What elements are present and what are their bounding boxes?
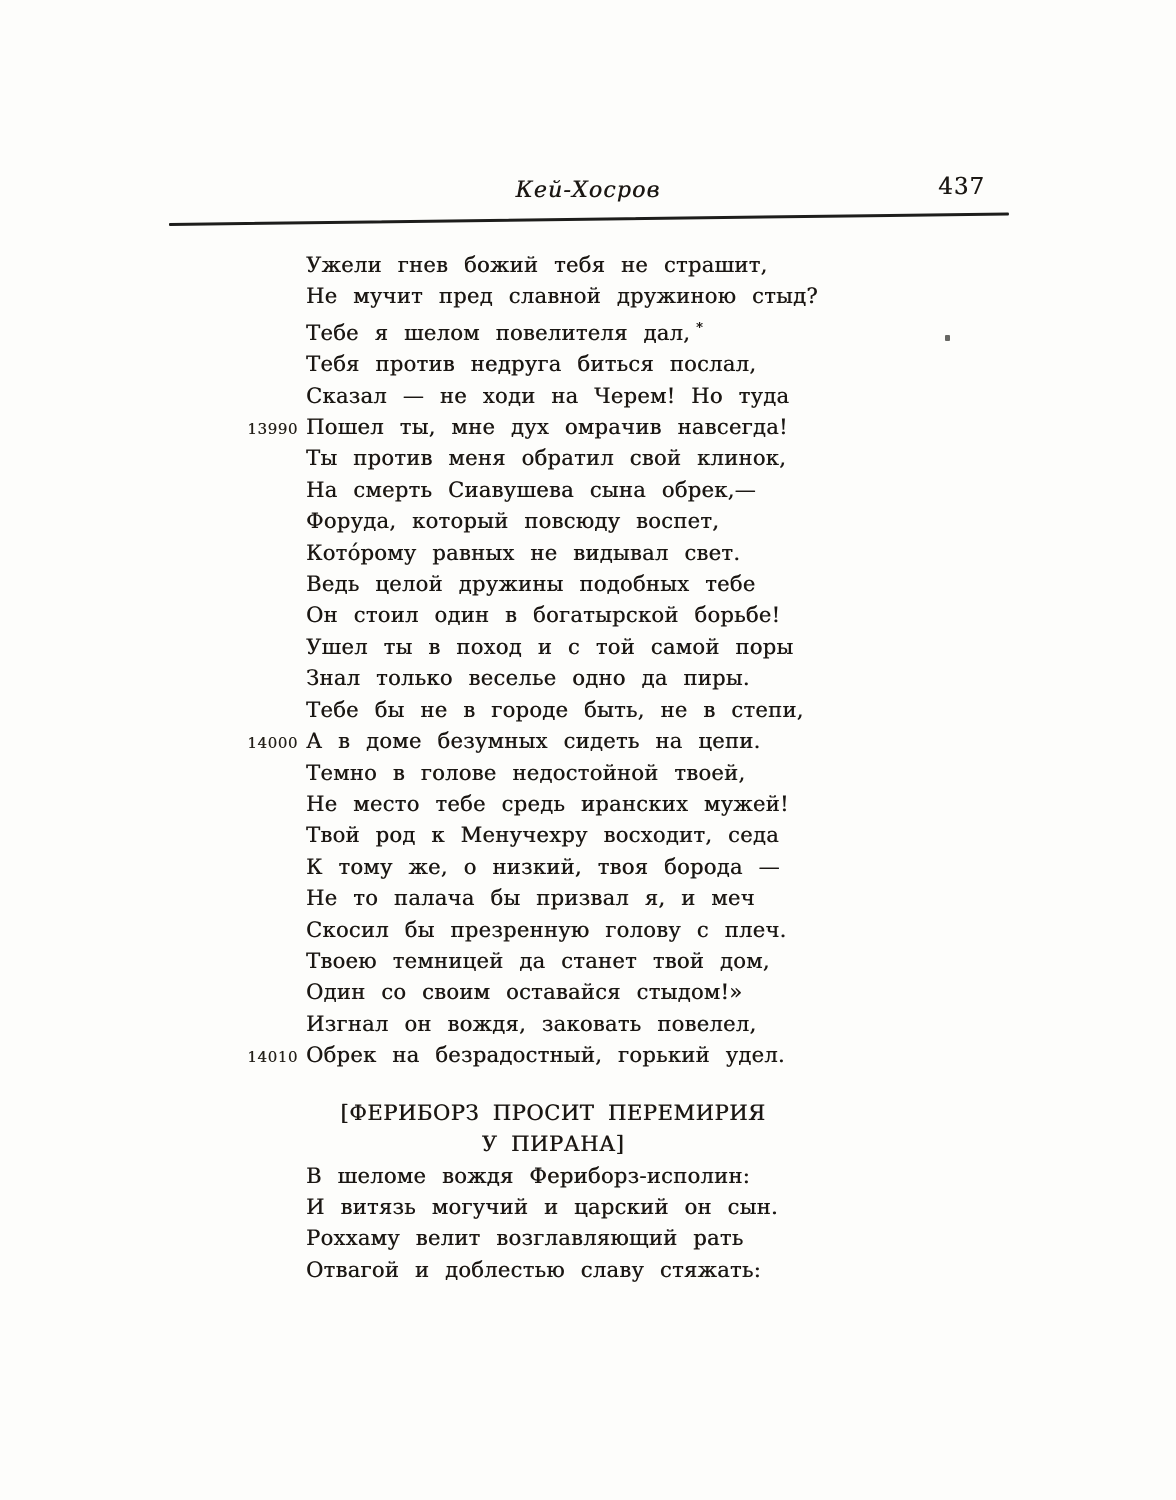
verse-line-text: И витязь могучий и царский он сын. bbox=[306, 1192, 778, 1223]
verse-line-text: Тебя против недруга биться послал, bbox=[306, 349, 756, 380]
text-column: Ужели гнев божий тебя не страшит,Не мучи… bbox=[240, 250, 900, 1286]
running-head: Кей-Хосров bbox=[0, 178, 1176, 203]
verse-line-text: Не то палача бы призвал я, и меч bbox=[306, 883, 755, 914]
verse-line-text: Кото́рому равных не видывал свет. bbox=[306, 538, 740, 569]
section-heading: [ФЕРИБОРЗ ПРОСИТ ПЕРЕМИРИЯ У ПИРАНА] bbox=[306, 1098, 800, 1161]
verse-line-text: Темно в голове недостойной твоей, bbox=[306, 758, 745, 789]
verse-line: Не мучит пред славной дружиною стыд? bbox=[240, 281, 900, 312]
verse-line: Темно в голове недостойной твоей, bbox=[240, 758, 900, 789]
verse-line: Кото́рому равных не видывал свет. bbox=[240, 538, 900, 569]
poem-after-heading: В шеломе вождя Фериборз-исполин:И витязь… bbox=[240, 1161, 900, 1287]
verse-line: Один со своим оставайся стыдом!» bbox=[240, 977, 900, 1008]
verse-line-text: Тебе бы не в городе быть, не в степи, bbox=[306, 695, 804, 726]
verse-line-text: В шеломе вождя Фериборз-исполин: bbox=[306, 1161, 750, 1192]
verse-line: Твоею темницей да станет твой дом, bbox=[240, 946, 900, 977]
verse-line-text: Твой род к Менучехру восходит, седа bbox=[306, 820, 779, 851]
verse-line: Ты против меня обратил свой клинок, bbox=[240, 443, 900, 474]
verse-line-text: На смерть Сиавушева сына обрек,— bbox=[306, 475, 756, 506]
verse-line-text: Твоею темницей да станет твой дом, bbox=[306, 946, 770, 977]
verse-line: 14010Обрек на безрадостный, горький удел… bbox=[240, 1040, 900, 1071]
verse-line-text: Ушел ты в поход и с той самой поры bbox=[306, 632, 793, 663]
verse-line: К тому же, о низкий, твоя борода — bbox=[240, 852, 900, 883]
verse-line: Ужели гнев божий тебя не страшит, bbox=[240, 250, 900, 281]
page-number: 437 bbox=[938, 174, 985, 200]
verse-line-text: Не мучит пред славной дружиною стыд? bbox=[306, 281, 818, 312]
verse-line-text: Знал только веселье одно да пиры. bbox=[306, 663, 750, 694]
verse-line-text: Изгнал он вождя, заковать повелел, bbox=[306, 1009, 756, 1040]
verse-line: Ведь целой дружины подобных тебе bbox=[240, 569, 900, 600]
section-heading-line-1: [ФЕРИБОРЗ ПРОСИТ ПЕРЕМИРИЯ bbox=[306, 1098, 800, 1130]
verse-line: На смерть Сиавушева сына обрек,— bbox=[240, 475, 900, 506]
running-title: Кей-Хосров bbox=[515, 178, 660, 203]
verse-line: Тебе бы не в городе быть, не в степи, bbox=[240, 695, 900, 726]
verse-line-text: Он стоил один в богатырской борьбе! bbox=[306, 600, 780, 631]
header-rule bbox=[169, 212, 1009, 225]
verse-line: Тебя против недруга биться послал, bbox=[240, 349, 900, 380]
verse-line: Изгнал он вождя, заковать повелел, bbox=[240, 1009, 900, 1040]
footnote-marker: * bbox=[696, 321, 703, 336]
verse-line-text: Пошел ты, мне дух омрачив навсегда! bbox=[306, 412, 788, 443]
verse-line: Форуда, который повсюду воспет, bbox=[240, 506, 900, 537]
verse-line: В шеломе вождя Фериборз-исполин: bbox=[240, 1161, 900, 1192]
verse-line-text: К тому же, о низкий, твоя борода — bbox=[306, 852, 780, 883]
verse-line-number: 13990 bbox=[240, 420, 306, 438]
verse-line: Не место тебе средь иранских мужей! bbox=[240, 789, 900, 820]
book-page: Кей-Хосров 437 Ужели гнев божий тебя не … bbox=[0, 0, 1176, 1500]
verse-line-text: Роххаму велит возглавляющий рать bbox=[306, 1223, 743, 1254]
verse-line-text: Сказал — не ходи на Черем! Но туда bbox=[306, 381, 789, 412]
verse-line: Знал только веселье одно да пиры. bbox=[240, 663, 900, 694]
verse-line-text: Обрек на безрадостный, горький удел. bbox=[306, 1040, 785, 1071]
verse-line-text: А в доме безумных сидеть на цепи. bbox=[306, 726, 760, 757]
verse-line-text: Тебе я шелом повелителя дал,* bbox=[306, 313, 703, 349]
verse-line-text: Ужели гнев божий тебя не страшит, bbox=[306, 250, 768, 281]
verse-line: Роххаму велит возглавляющий рать bbox=[240, 1223, 900, 1254]
verse-line: И витязь могучий и царский он сын. bbox=[240, 1192, 900, 1223]
verse-line-text: Скосил бы презренную голову с плеч. bbox=[306, 915, 787, 946]
verse-line-text: Ты против меня обратил свой клинок, bbox=[306, 443, 786, 474]
verse-line: Отвагой и доблестью славу стяжать: bbox=[240, 1255, 900, 1286]
verse-line: Ушел ты в поход и с той самой поры bbox=[240, 632, 900, 663]
verse-line-number: 14000 bbox=[240, 734, 306, 752]
verse-line-text: Не место тебе средь иранских мужей! bbox=[306, 789, 789, 820]
verse-line-text: Один со своим оставайся стыдом!» bbox=[306, 977, 742, 1008]
verse-line: 14000А в доме безумных сидеть на цепи. bbox=[240, 726, 900, 757]
verse-line-text: Отвагой и доблестью славу стяжать: bbox=[306, 1255, 761, 1286]
scan-speck bbox=[945, 335, 950, 341]
verse-line: Скосил бы презренную голову с плеч. bbox=[240, 915, 900, 946]
verse-line: 13990Пошел ты, мне дух омрачив навсегда! bbox=[240, 412, 900, 443]
verse-line-number: 14010 bbox=[240, 1048, 306, 1066]
verse-line: Тебе я шелом повелителя дал,* bbox=[240, 313, 900, 349]
verse-line: Не то палача бы призвал я, и меч bbox=[240, 883, 900, 914]
verse-line: Сказал — не ходи на Черем! Но туда bbox=[240, 381, 900, 412]
verse-line-text: Ведь целой дружины подобных тебе bbox=[306, 569, 755, 600]
verse-line: Твой род к Менучехру восходит, седа bbox=[240, 820, 900, 851]
poem-before-heading: Ужели гнев божий тебя не страшит,Не мучи… bbox=[240, 250, 900, 1072]
verse-line-text: Форуда, который повсюду воспет, bbox=[306, 506, 719, 537]
verse-line: Он стоил один в богатырской борьбе! bbox=[240, 600, 900, 631]
section-heading-line-2: У ПИРАНА] bbox=[306, 1129, 800, 1161]
